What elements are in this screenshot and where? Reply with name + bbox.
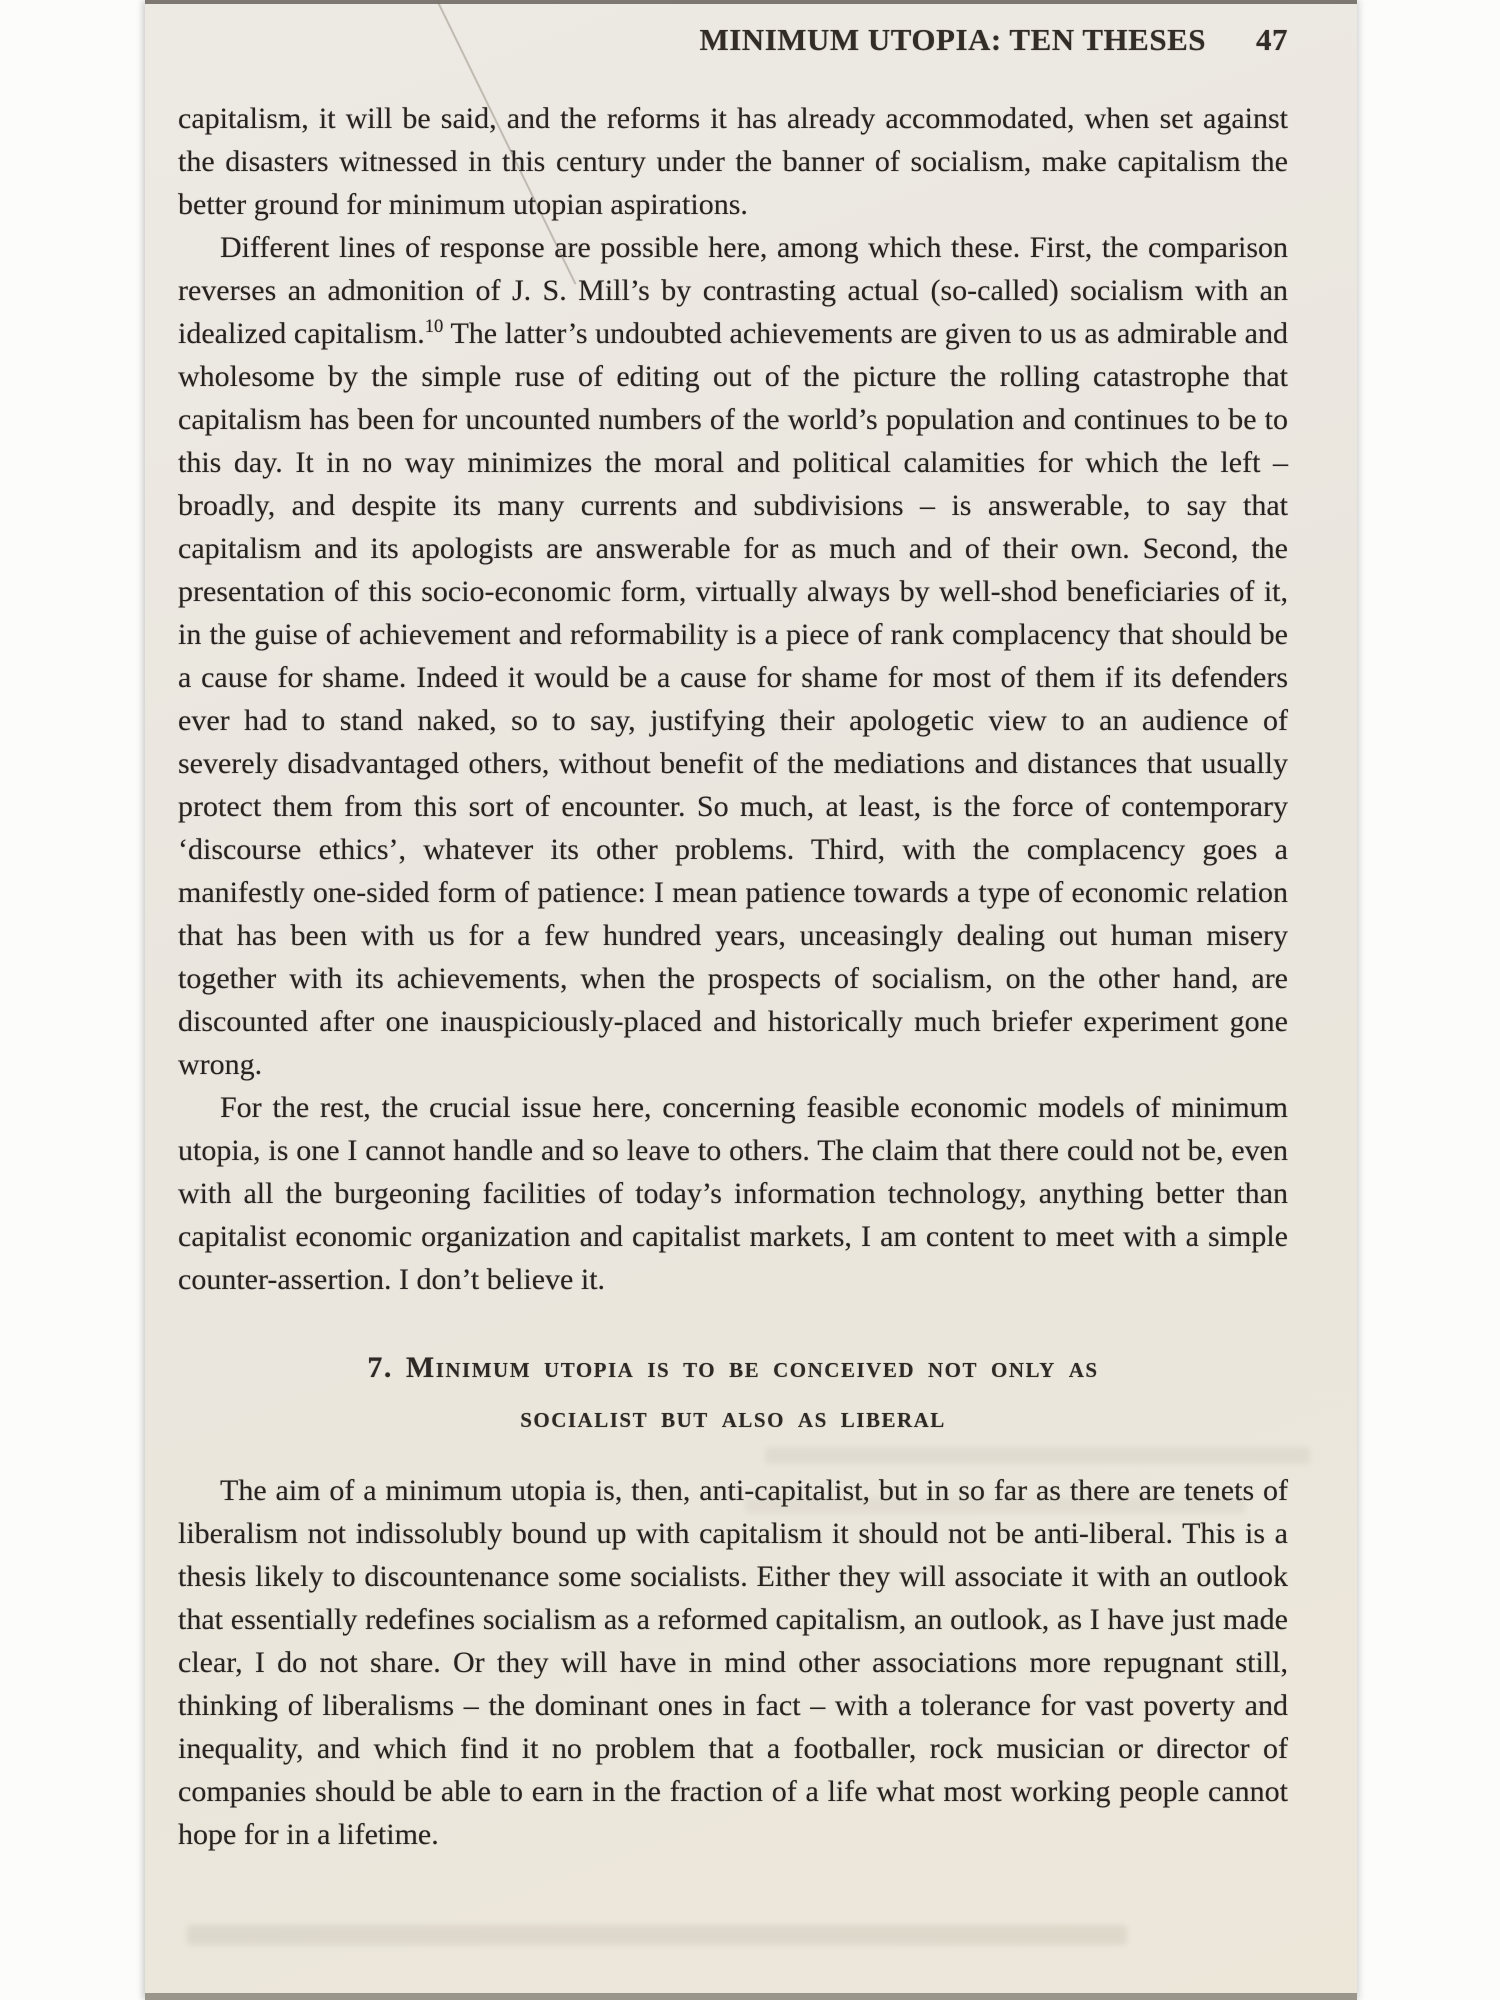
running-title: MINIMUM UTOPIA: TEN THESES (699, 22, 1206, 58)
paragraph-continuation: capitalism, it will be said, and the ref… (178, 97, 1288, 226)
page-top-edge (145, 0, 1357, 4)
bleed-through-smudge (765, 1447, 1310, 1464)
bleed-through-smudge (745, 1498, 1245, 1513)
scanned-book-page: MINIMUM UTOPIA: TEN THESES 47 capitalism… (145, 0, 1357, 2000)
page-number: 47 (1256, 22, 1288, 58)
paragraph-aim-of-minimum-utopia: The aim of a minimum utopia is, then, an… (178, 1469, 1288, 1856)
section-heading-line-1: 7. Minimum utopia is to be conceived not… (178, 1343, 1288, 1393)
section-heading-thesis-7: 7. Minimum utopia is to be conceived not… (178, 1343, 1288, 1443)
paragraph-crucial-issue: For the rest, the crucial issue here, co… (178, 1086, 1288, 1301)
page-bottom-edge (145, 1993, 1357, 2000)
section-heading-line-2: socialist but also as liberal (178, 1393, 1288, 1443)
paragraph-text-segment: The latter’s undoubted achievements are … (178, 317, 1288, 1081)
bleed-through-smudge (187, 1925, 1127, 1945)
running-head: MINIMUM UTOPIA: TEN THESES 47 (178, 22, 1288, 58)
footnote-marker: 10 (425, 316, 444, 337)
text-block: capitalism, it will be said, and the ref… (178, 97, 1288, 1856)
paragraph-responses: Different lines of response are possible… (178, 226, 1288, 1086)
